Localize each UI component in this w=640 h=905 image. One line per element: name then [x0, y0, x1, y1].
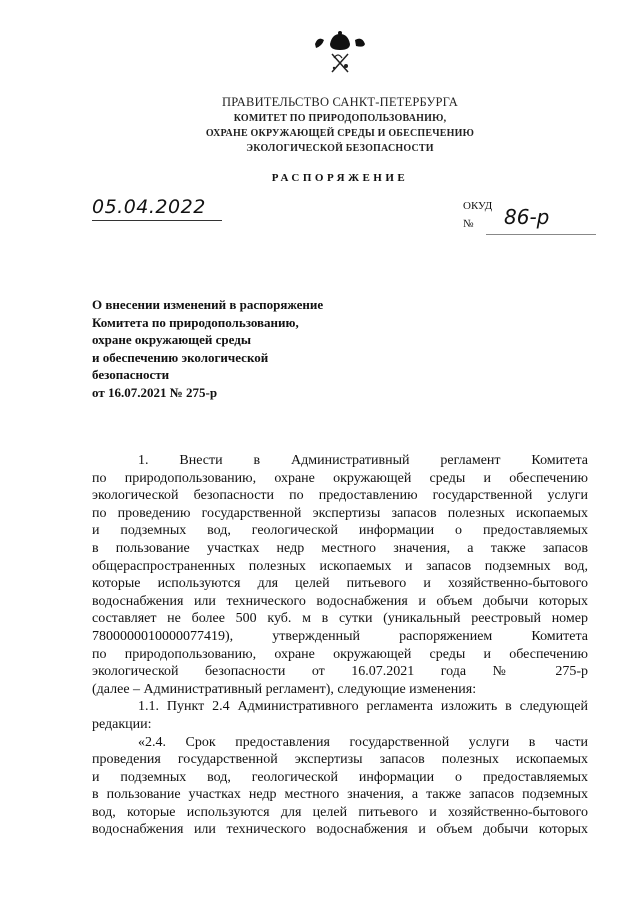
subject-line: от 16.07.2021 № 275-р — [92, 384, 323, 402]
body-line: экологической безопасности по предоставл… — [92, 487, 588, 505]
subject-line: безопасности — [92, 366, 323, 384]
body-line: и подземных вод, геологической информаци… — [92, 769, 588, 787]
body-line: по проведению государственной экспертизы… — [92, 505, 588, 523]
body-line: в пользование участках недр местного зна… — [92, 540, 588, 558]
body-line: редакции: — [92, 716, 588, 734]
body-line: водоснабжения или технического водоснабж… — [92, 593, 588, 611]
body-line: в пользование участках недр местного зна… — [92, 786, 588, 804]
number-label: № — [463, 218, 474, 230]
body-line: (далее – Административный регламент), сл… — [92, 681, 588, 699]
body-line: по природопользованию, охране окружающей… — [92, 470, 588, 488]
document-body: 1. Внести в Административный регламент К… — [92, 452, 588, 839]
coat-of-arms-icon — [310, 30, 370, 80]
body-line: общераспространенных полезных ископаемых… — [92, 558, 588, 576]
subject-line: О внесении изменений в распоряжение — [92, 296, 323, 314]
body-line: которые используются для целей питьевого… — [92, 575, 588, 593]
committee-name-line-2: ОХРАНЕ ОКРУЖАЮЩЕЙ СРЕДЫ И ОБЕСПЕЧЕНИЮ — [0, 128, 640, 139]
document-number: 86-р — [486, 205, 596, 235]
body-line: 7800000010000077419), утвержденный распо… — [92, 628, 588, 646]
body-line: и подземных вод, геологической информаци… — [92, 522, 588, 540]
body-line: «2.4. Срок предоставления государственно… — [92, 734, 588, 752]
document-type-title: РАСПОРЯЖЕНИЕ — [0, 172, 640, 184]
document-date: 05.04.2022 — [92, 196, 222, 221]
body-line: вод, которые используются для целей пить… — [92, 804, 588, 822]
body-line: 1. Внести в Административный регламент К… — [92, 452, 588, 470]
document-subject: О внесении изменений в распоряжение Коми… — [92, 296, 323, 401]
government-name: ПРАВИТЕЛЬСТВО САНКТ-ПЕТЕРБУРГА — [0, 95, 640, 110]
body-line: экологической безопасности от 16.07.2021… — [92, 663, 588, 681]
body-line: водоснабжения или технического водоснабж… — [92, 821, 588, 839]
committee-name-line-1: КОМИТЕТ ПО ПРИРОДОПОЛЬЗОВАНИЮ, — [0, 113, 640, 124]
subject-line: охране окружающей среды — [92, 331, 323, 349]
body-line: проведения государственной экспертизы за… — [92, 751, 588, 769]
body-line: 1.1. Пункт 2.4 Административного регламе… — [92, 698, 588, 716]
body-line: составляет не более 500 куб. м в сутки (… — [92, 610, 588, 628]
body-line: по природопользованию, охране окружающей… — [92, 646, 588, 664]
subject-line: и обеспечению экологической — [92, 349, 323, 367]
committee-name-line-3: ЭКОЛОГИЧЕСКОЙ БЕЗОПАСНОСТИ — [0, 143, 640, 154]
subject-line: Комитета по природопользованию, — [92, 314, 323, 332]
